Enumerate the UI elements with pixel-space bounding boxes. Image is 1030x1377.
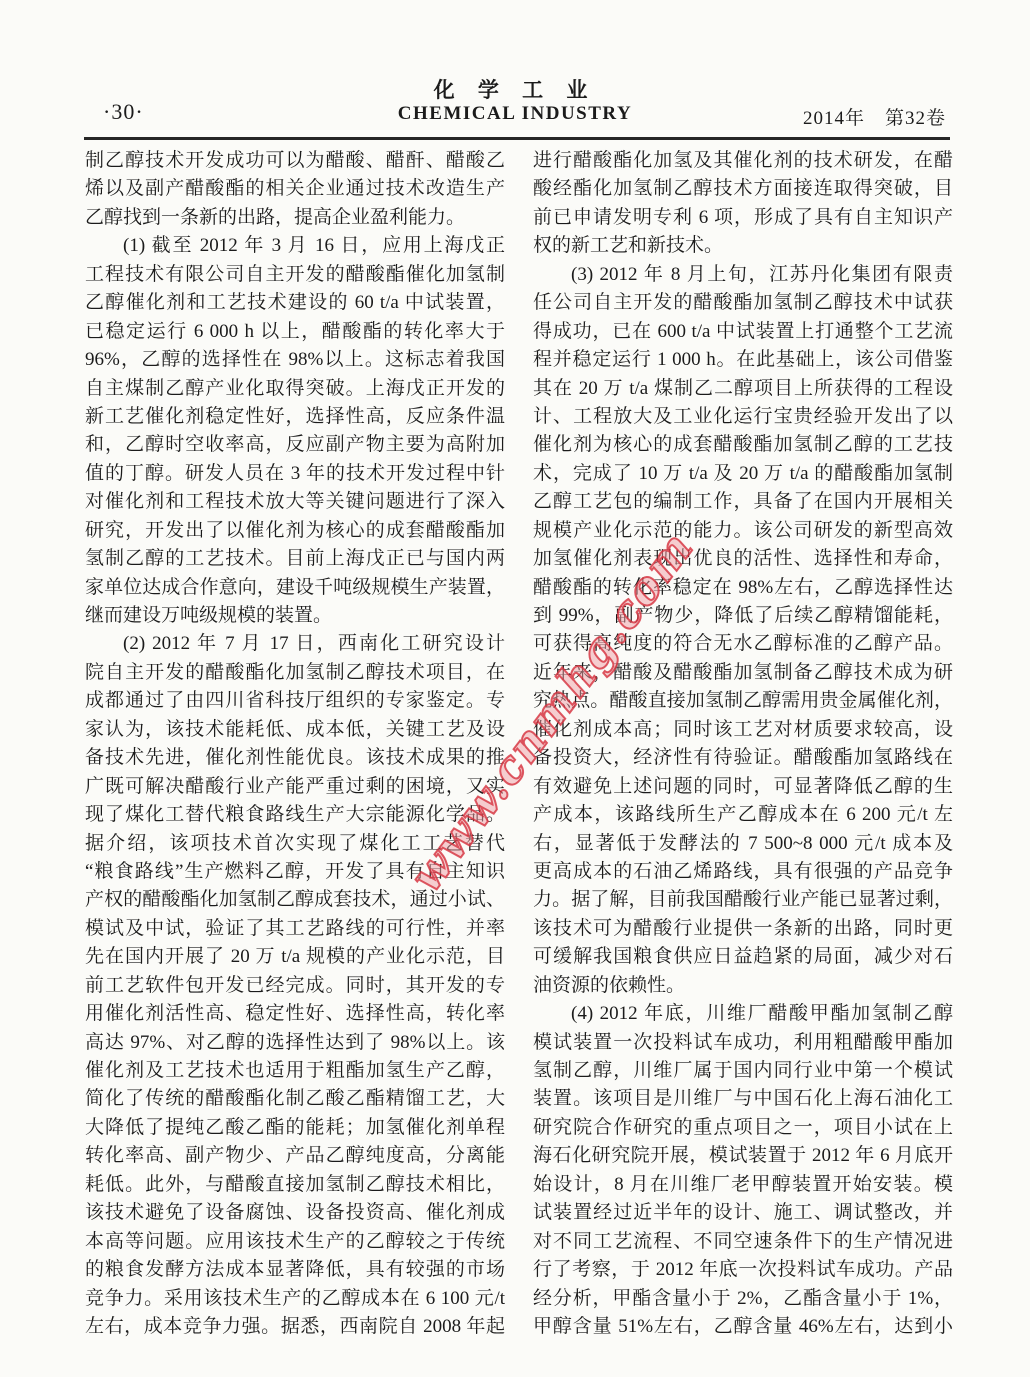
text-line: 新工艺催化剂稳定性好，选择性高，反应条件温 (85, 403, 505, 431)
text-line: 甲醇含量 51%左右，乙醇含量 46%左右，达到小 (533, 1313, 953, 1341)
text-line: 前工艺软件包开发已经完成。同时，其开发的专 (85, 972, 505, 1000)
journal-page: ·30· 化 学 工 业 CHEMICAL INDUSTRY 2014年 第32… (0, 0, 1030, 1377)
text-line: (3) 2012 年 8 月上旬，江苏丹化集团有限责 (533, 261, 953, 289)
text-line: 制乙醇技术开发成功可以为醋酸、醋酐、醋酸乙 (85, 147, 505, 175)
text-line: 乙醇工艺包的编制工作，具备了在国内开展相关 (533, 488, 953, 516)
journal-title-zh: 化 学 工 业 (0, 74, 1030, 104)
text-line: 产权的醋酸酯化加氢制乙醇成套技术，通过小试、 (85, 886, 505, 914)
text-line: 究热点。醋酸直接加氢制乙醇需用贵金属催化剂， (533, 687, 953, 715)
text-line: 酸经酯化加氢制乙醇技术方面接连取得突破，目 (533, 175, 953, 203)
text-line: 本高等问题。应用该技术生产的乙醇较之于传统 (85, 1228, 505, 1256)
text-line: 耗低。此外，与醋酸直接加氢制乙醇技术相比， (85, 1171, 505, 1199)
text-line: 氢制乙醇的工艺技术。目前上海戊正已与国内两 (85, 545, 505, 573)
text-line: 竞争力。采用该技术生产的乙醇成本在 6 100 元/t (85, 1285, 505, 1313)
text-line: 大降低了提纯乙酸乙酯的能耗；加氢催化剂单程 (85, 1114, 505, 1142)
text-line: 现了煤化工替代粮食路线生产大宗能源化学品。 (85, 801, 505, 829)
text-line: 任公司自主开发的醋酸酯加氢制乙醇技术中试获 (533, 289, 953, 317)
text-line: 行了考察，于 2012 年底一次投料试车成功。产品 (533, 1256, 953, 1284)
text-line: 先在国内开展了 20 万 t/a 规模的产业化示范，目 (85, 943, 505, 971)
text-line: 对催化剂和工程技术放大等关键问题进行了深入 (85, 488, 505, 516)
text-line: 自主煤制乙醇产业化取得突破。上海戊正开发的 (85, 375, 505, 403)
text-line: 家单位达成合作意向，建设千吨级规模生产装置， (85, 574, 505, 602)
text-line: 术，完成了 10 万 t/a 及 20 万 t/a 的醋酸酯加氢制 (533, 460, 953, 488)
text-column-right: 进行醋酸酯化加氢及其催化剂的技术研发，在醋酸经酯化加氢制乙醇技术方面接连取得突破… (533, 147, 953, 1341)
text-line: 规模产业化示范的能力。该公司研发的新型高效 (533, 517, 953, 545)
text-line: 继而建设万吨级规模的装置。 (85, 602, 505, 630)
text-line: 有效避免上述问题的同时，可显著降低乙醇的生 (533, 773, 953, 801)
text-column-left: 制乙醇技术开发成功可以为醋酸、醋酐、醋酸乙烯以及副产醋酸酯的相关企业通过技术改造… (85, 147, 505, 1341)
text-line: “粮食路线”生产燃料乙醇，开发了具有自主知识 (85, 858, 505, 886)
text-line: 该技术避免了设备腐蚀、设备投资高、催化剂成 (85, 1199, 505, 1227)
text-line: 始设计，8 月在川维厂老甲醇装置开始安装。模 (533, 1171, 953, 1199)
text-line: 模试及中试，验证了其工艺路线的可行性，并率 (85, 915, 505, 943)
text-line: 该技术可为醋酸行业提供一条新的出路，同时更 (533, 915, 953, 943)
text-line: 乙醇催化剂和工艺技术建设的 60 t/a 中试装置， (85, 289, 505, 317)
text-line: 用催化剂活性高、稳定性好、选择性高，转化率 (85, 1000, 505, 1028)
text-line: 催化剂及工艺技术也适用于粗酯加氢生产乙醇， (85, 1057, 505, 1085)
text-line: 96%，乙醇的选择性在 98%以上。这标志着我国 (85, 346, 505, 374)
text-line: 催化剂为核心的成套醋酸酯加氢制乙醇的工艺技 (533, 431, 953, 459)
text-line: 海石化研究院开展，模试装置于 2012 年 6 月底开 (533, 1142, 953, 1170)
text-line: 左右，成本竞争力强。据悉，西南院自 2008 年起 (85, 1313, 505, 1341)
text-line: 力。据了解，目前我国醋酸行业产能已显著过剩， (533, 886, 953, 914)
text-line: 程并稳定运行 1 000 h。在此基础上，该公司借鉴 (533, 346, 953, 374)
text-line: 简化了传统的醋酸酯化制乙酸乙酯精馏工艺，大 (85, 1085, 505, 1113)
text-line: 值的丁醇。研发人员在 3 年的技术开发过程中针 (85, 460, 505, 488)
text-line: 得成功，已在 600 t/a 中试装置上打通整个工艺流 (533, 318, 953, 346)
text-line: 工程技术有限公司自主开发的醋酸酯催化加氢制 (85, 261, 505, 289)
text-line: 右，显著低于发酵法的 7 500~8 000 元/t 成本及 (533, 830, 953, 858)
text-line: 醋酸酯的转化率稳定在 98%左右，乙醇选择性达 (533, 574, 953, 602)
text-line: 计、工程放大及工业化运行宝贵经验开发出了以 (533, 403, 953, 431)
text-line: 催化剂成本高；同时该工艺对材质要求较高，设 (533, 716, 953, 744)
text-line: (2) 2012 年 7 月 17 日，西南化工研究设计 (85, 630, 505, 658)
text-line: 广既可解决醋酸行业产能严重过剩的困境，又实 (85, 773, 505, 801)
text-line: 近年来，醋酸及醋酸酯加氢制备乙醇技术成为研 (533, 659, 953, 687)
text-line: 研究院合作研究的重点项目之一，项目小试在上 (533, 1114, 953, 1142)
text-line: 可缓解我国粮食供应日益趋紧的局面，减少对石 (533, 943, 953, 971)
text-line: 其在 20 万 t/a 煤制乙二醇项目上所获得的工程设 (533, 375, 953, 403)
text-line: 权的新工艺和新技术。 (533, 232, 953, 260)
text-line: 油资源的依赖性。 (533, 972, 953, 1000)
text-line: 装置。该项目是川维厂与中国石化上海石油化工 (533, 1085, 953, 1113)
text-line: 研究，开发出了以催化剂为核心的成套醋酸酯加 (85, 517, 505, 545)
text-line: 院自主开发的醋酸酯化加氢制乙醇技术项目，在 (85, 659, 505, 687)
text-line: 烯以及副产醋酸酯的相关企业通过技术改造生产 (85, 175, 505, 203)
text-line: 氢制乙醇，川维厂属于国内同行业中第一个模试 (533, 1057, 953, 1085)
text-line: 据介绍，该项技术首次实现了煤化工工艺替代 (85, 830, 505, 858)
text-line: 备技术先进，催化剂性能优良。该技术成果的推 (85, 744, 505, 772)
text-line: 模试装置一次投料试车成功，利用粗醋酸甲酯加 (533, 1029, 953, 1057)
text-line: 加氢催化剂表现出优良的活性、选择性和寿命， (533, 545, 953, 573)
text-line: 产成本，该路线所生产乙醇成本在 6 200 元/t 左 (533, 801, 953, 829)
issue-info: 2014年 第32卷 (803, 103, 946, 130)
text-line: 家认为，该技术能耗低、成本低，关键工艺及设 (85, 716, 505, 744)
text-line: 到 99%，副产物少，降低了后续乙醇精馏能耗， (533, 602, 953, 630)
text-line: 经分析，甲酯含量小于 2%，乙酯含量小于 1%， (533, 1285, 953, 1313)
text-line: 进行醋酸酯化加氢及其催化剂的技术研发，在醋 (533, 147, 953, 175)
text-line: 转化率高、副产物少、产品乙醇纯度高，分离能 (85, 1142, 505, 1170)
text-line: 可获得高纯度的符合无水乙醇标准的乙醇产品。 (533, 630, 953, 658)
text-line: 高达 97%、对乙醇的选择性达到了 98%以上。该 (85, 1029, 505, 1057)
text-line: 乙醇找到一条新的出路，提高企业盈利能力。 (85, 204, 505, 232)
text-line: 备投资大，经济性有待验证。醋酸酯加氢路线在 (533, 744, 953, 772)
text-line: 前已申请发明专利 6 项，形成了具有自主知识产 (533, 204, 953, 232)
text-line: (4) 2012 年底，川维厂醋酸甲酯加氢制乙醇 (533, 1000, 953, 1028)
text-line: 和，乙醇时空收率高，反应副产物主要为高附加 (85, 431, 505, 459)
text-line: 已稳定运行 6 000 h 以上，醋酸酯的转化率大于 (85, 318, 505, 346)
text-line: 试装置经过近半年的设计、施工、调试整改，并 (533, 1199, 953, 1227)
text-line: 更高成本的石油乙烯路线，具有很强的产品竞争 (533, 858, 953, 886)
header-rule (84, 137, 950, 140)
text-line: (1) 截至 2012 年 3 月 16 日，应用上海戊正 (85, 232, 505, 260)
text-line: 的粮食发酵方法成本显著降低，具有较强的市场 (85, 1256, 505, 1284)
text-line: 对不同工艺流程、不同空速条件下的生产情况进 (533, 1228, 953, 1256)
text-line: 成都通过了由四川省科技厅组织的专家鉴定。专 (85, 687, 505, 715)
article-body: 制乙醇技术开发成功可以为醋酸、醋酐、醋酸乙烯以及副产醋酸酯的相关企业通过技术改造… (85, 147, 953, 1341)
